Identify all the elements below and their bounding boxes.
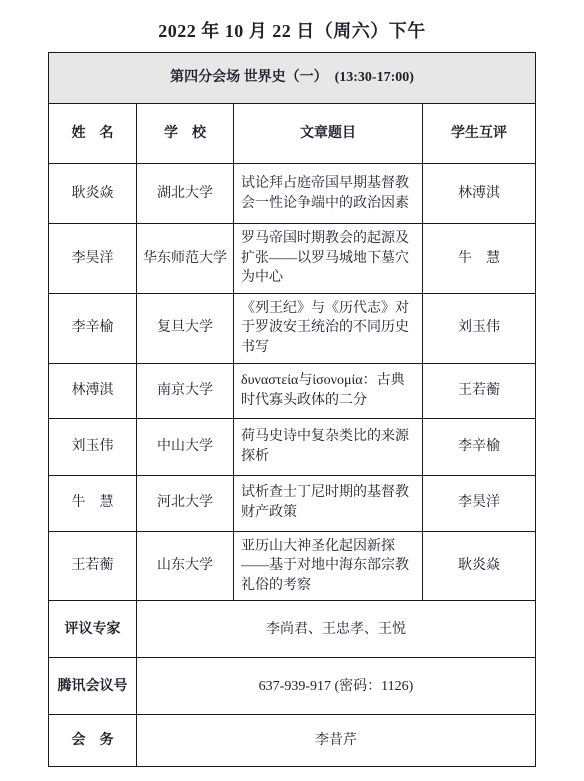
table-row: 耿炎焱 湖北大学 试论拜占庭帝国早期基督教会一性论争端中的政治因素 林溥淇 <box>49 164 536 224</box>
presenter-name: 刘玉伟 <box>49 418 137 475</box>
presenter-name: 耿炎焱 <box>49 164 137 224</box>
footer-label-reviewers: 评议专家 <box>49 601 137 658</box>
presenter-name: 王若蘅 <box>49 531 137 601</box>
column-header-peer-review: 学生互评 <box>423 104 536 164</box>
peer-reviewer: 李昊洋 <box>423 475 536 531</box>
table-row: 林溥淇 南京大学 δυναστεία与ἰσονομία：古典时代寡头政体的二分 … <box>49 363 536 418</box>
session-table: 第四分会场 世界史（一） (13:30-17:00) 姓 名 学 校 文章题目 … <box>48 52 536 767</box>
footer-value-reviewers: 李尚君、王忠孝、王悦 <box>137 601 536 658</box>
footer-row-reviewers: 评议专家 李尚君、王忠孝、王悦 <box>49 601 536 658</box>
footer-label-meeting-id: 腾讯会议号 <box>49 658 137 715</box>
presenter-school: 湖北大学 <box>137 164 234 224</box>
footer-value-staff: 李昔芹 <box>137 715 536 767</box>
table-row: 刘玉伟 中山大学 荷马史诗中复杂类比的来源探析 李辛榆 <box>49 418 536 475</box>
peer-reviewer: 刘玉伟 <box>423 293 536 363</box>
presenter-school: 河北大学 <box>137 475 234 531</box>
paper-title: δυναστεία与ἰσονομία：古典时代寡头政体的二分 <box>234 363 423 418</box>
footer-row-meeting-id: 腾讯会议号 637-939-917 (密码：1126) <box>49 658 536 715</box>
column-header-school: 学 校 <box>137 104 234 164</box>
presenter-school: 中山大学 <box>137 418 234 475</box>
column-header-row: 姓 名 学 校 文章题目 学生互评 <box>49 104 536 164</box>
peer-reviewer: 耿炎焱 <box>423 531 536 601</box>
paper-title: 试析查士丁尼时期的基督教财产政策 <box>234 475 423 531</box>
peer-reviewer: 王若蘅 <box>423 363 536 418</box>
presenter-name: 李辛榆 <box>49 293 137 363</box>
paper-title: 荷马史诗中复杂类比的来源探析 <box>234 418 423 475</box>
presenter-school: 复旦大学 <box>137 293 234 363</box>
column-header-paper-title: 文章题目 <box>234 104 423 164</box>
presenter-name: 牛 慧 <box>49 475 137 531</box>
presenter-name: 李昊洋 <box>49 224 137 294</box>
footer-row-staff: 会 务 李昔芹 <box>49 715 536 767</box>
paper-title: 试论拜占庭帝国早期基督教会一性论争端中的政治因素 <box>234 164 423 224</box>
paper-title: 亚历山大神圣化起因新探——基于对地中海东部宗教礼俗的考察 <box>234 531 423 601</box>
table-row: 李昊洋 华东师范大学 罗马帝国时期教会的起源及扩张——以罗马城地下墓穴为中心 牛… <box>49 224 536 294</box>
column-header-name: 姓 名 <box>49 104 137 164</box>
peer-reviewer: 林溥淇 <box>423 164 536 224</box>
presenter-school: 南京大学 <box>137 363 234 418</box>
paper-title: 罗马帝国时期教会的起源及扩张——以罗马城地下墓穴为中心 <box>234 224 423 294</box>
footer-value-meeting-id: 637-939-917 (密码：1126) <box>137 658 536 715</box>
presenter-school: 华东师范大学 <box>137 224 234 294</box>
document-page: 2022 年 10 月 22 日（周六）下午 第四分会场 世界史（一） (13:… <box>0 0 584 781</box>
peer-reviewer: 牛 慧 <box>423 224 536 294</box>
table-row: 王若蘅 山东大学 亚历山大神圣化起因新探——基于对地中海东部宗教礼俗的考察 耿炎… <box>49 531 536 601</box>
session-header-row: 第四分会场 世界史（一） (13:30-17:00) <box>49 53 536 104</box>
session-header: 第四分会场 世界史（一） (13:30-17:00) <box>49 53 536 104</box>
page-title: 2022 年 10 月 22 日（周六）下午 <box>0 0 584 43</box>
footer-label-staff: 会 务 <box>49 715 137 767</box>
presenter-school: 山东大学 <box>137 531 234 601</box>
table-row: 李辛榆 复旦大学 《列王纪》与《历代志》对于罗波安王统治的不同历史书写 刘玉伟 <box>49 293 536 363</box>
paper-title: 《列王纪》与《历代志》对于罗波安王统治的不同历史书写 <box>234 293 423 363</box>
table-row: 牛 慧 河北大学 试析查士丁尼时期的基督教财产政策 李昊洋 <box>49 475 536 531</box>
presenter-name: 林溥淇 <box>49 363 137 418</box>
peer-reviewer: 李辛榆 <box>423 418 536 475</box>
